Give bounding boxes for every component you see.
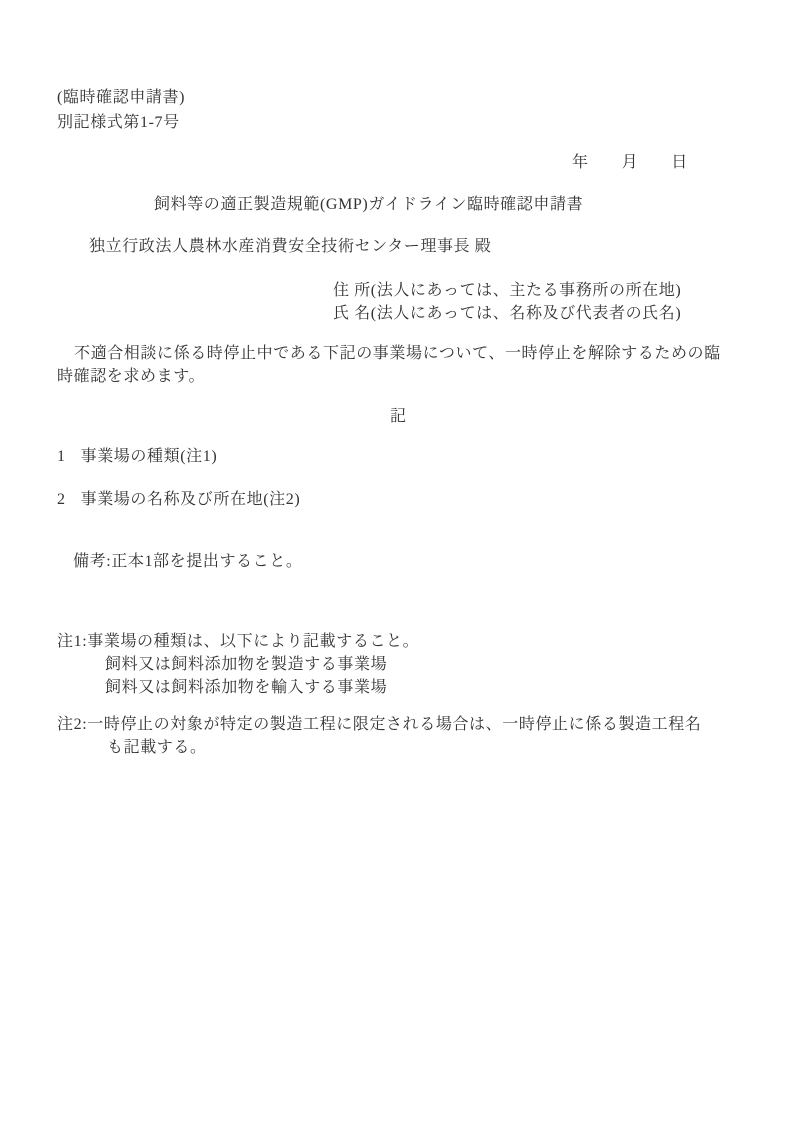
note2-continuation-line: も記載する。 [107,736,754,759]
month-label: 月 [622,151,639,174]
note2-line: 注2:一時停止の対象が特定の製造工程に限定される場合は、一時停止に係る製造工程名 [57,713,754,736]
document-page: (臨時確認申請書) 別記様式第1-7号 年 月 日 飼料等の適正製造規範(GMP… [0,0,794,1123]
applicant-name-line: 氏 名(法人にあっては、名称及び代表者の氏名) [333,302,754,325]
list-item-1-text: 事業場の種類(注1) [81,445,218,468]
body-paragraph-line-1: 不適合相談に係る時停止中である下記の事業場について、一時停止を解除するための臨 [74,342,754,365]
list-item-2-text: 事業場の名称及び所在地(注2) [81,488,301,511]
document-title: 飼料等の適正製造規範(GMP)ガイドライン臨時確認申請書 [154,193,754,216]
list-item-1-number: 1 [57,445,66,468]
list-item-2-number: 2 [57,488,66,511]
note1-subline-2: 飼料又は飼料添加物を輸入する事業場 [105,676,754,699]
addressee-line: 独立行政法人農林水産消費安全技術センター理事長 殿 [89,235,754,258]
note1-subline-1: 飼料又は飼料添加物を製造する事業場 [105,653,754,676]
form-number: 別記様式第1-7号 [57,111,754,134]
form-note: (臨時確認申請書) [57,86,754,109]
body-paragraph-line-2: 時確認を求めます。 [57,365,754,388]
date-line: 年 月 日 [572,151,754,174]
list-heading: 記 [390,405,754,428]
day-label: 日 [671,151,688,174]
applicant-address-line: 住 所(法人にあっては、主たる事務所の所在地) [333,279,754,302]
year-label: 年 [572,151,589,174]
remarks-line: 備考:正本1部を提出すること。 [73,550,754,573]
list-item-2: 2 事業場の名称及び所在地(注2) [57,488,754,511]
list-item-1: 1 事業場の種類(注1) [57,445,754,468]
note1-line: 注1:事業場の種類は、以下により記載すること。 [57,630,754,653]
